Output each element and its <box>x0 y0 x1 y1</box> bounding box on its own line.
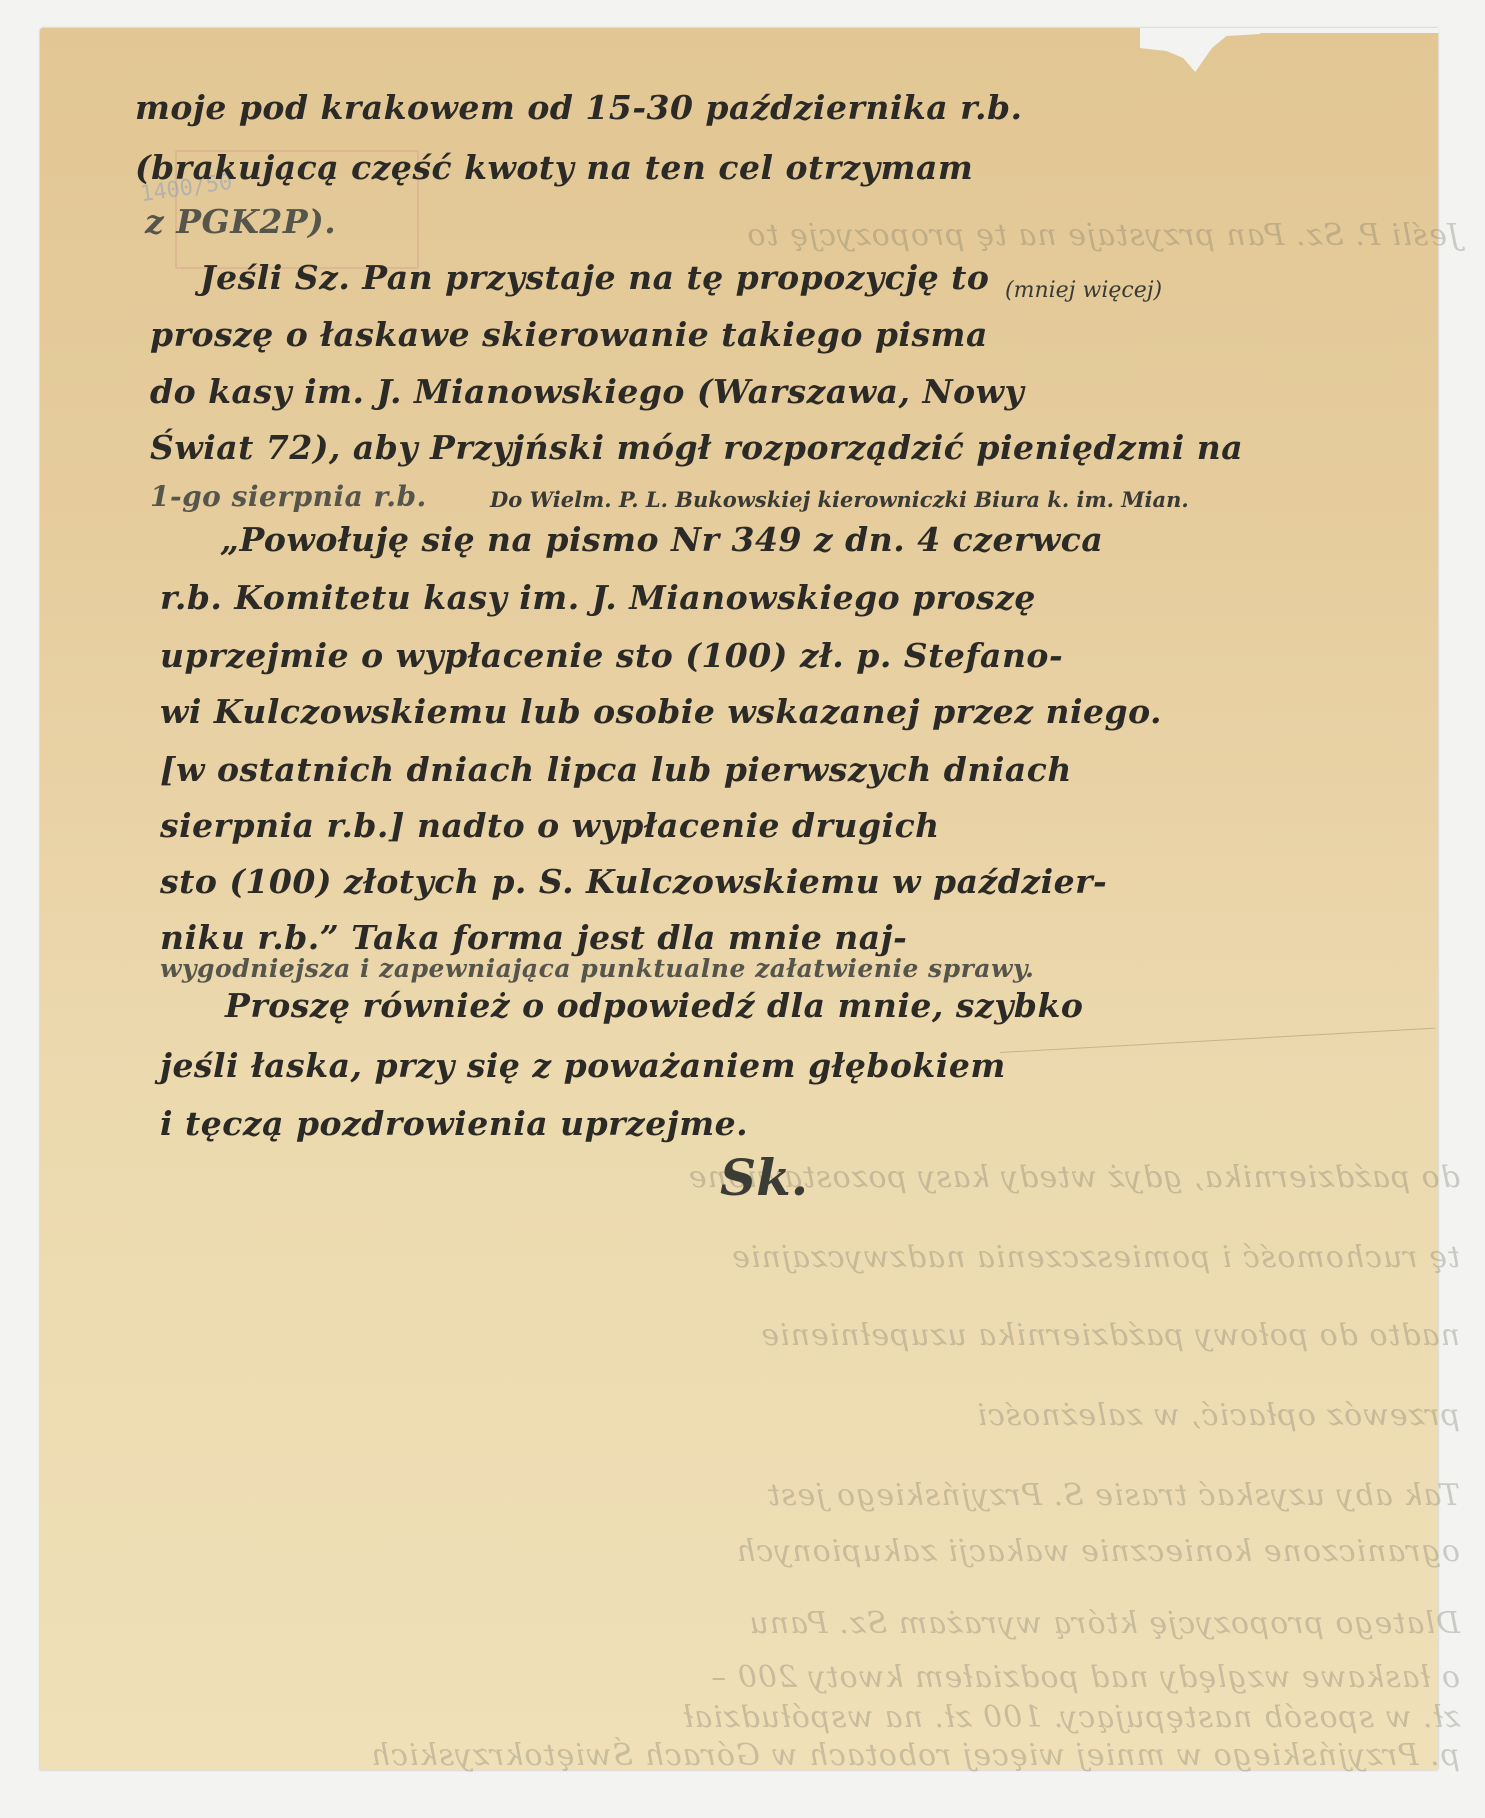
letter-line: Jeśli Sz. Pan przystaje na tę propozycję… <box>200 258 989 297</box>
letter-line: moje pod krakowem od 15-30 października … <box>135 88 1023 127</box>
letter-line: niku r.b.” Taka forma jest dla mnie naj- <box>160 918 907 957</box>
bleed-through-line: Dlatego propozycję którą wyrażam Sz. Pan… <box>120 1606 1460 1641</box>
signature: Sk. <box>720 1148 808 1207</box>
torn-edge <box>1259 28 1439 33</box>
letter-line: uprzejmie o wypłacenie sto (100) zł. p. … <box>160 636 1063 675</box>
letter-line: z PGK2P). <box>145 202 336 241</box>
bleed-through-line: przewóz opłacić, w zależności <box>120 1398 1460 1433</box>
addressee-note: Do Wielm. P. L. Bukowskiej kierowniczki … <box>490 487 1189 512</box>
bleed-through-line: nadto do połowy października uzupełnieni… <box>120 1318 1460 1353</box>
letter-line: 1-go sierpnia r.b. <box>150 480 427 513</box>
letter-line: i tęczą pozdrowienia uprzejme. <box>160 1104 748 1143</box>
letter-line: „Powołuję się na pismo Nr 349 z dn. 4 cz… <box>220 520 1103 559</box>
letter-line: (brakującą część kwoty na ten cel otrzym… <box>135 148 973 187</box>
letter-line: proszę o łaskawe skierowanie takiego pis… <box>150 315 988 354</box>
letter-line: wygodniejsza i zapewniająca punktualne z… <box>160 954 1034 983</box>
bleed-through-line: zł. w sposób następujący. 100 zł. na wsp… <box>120 1700 1460 1735</box>
letter-line: wi Kulczowskiemu lub osobie wskazanej pr… <box>160 692 1162 731</box>
letter-line: sto (100) złotych p. S. Kulczowskiemu w … <box>160 862 1107 901</box>
letter-line: sierpnia r.b.] nadto o wypłacenie drugic… <box>160 806 940 845</box>
bleed-through-line: ograniczone koniecznie wakacji zakupiony… <box>120 1534 1460 1569</box>
insertion-note: (mniej więcej) <box>1005 278 1162 303</box>
letter-line: jeśli łaska, przy się z poważaniem głębo… <box>160 1046 1006 1085</box>
bleed-through-line: Tak aby uzyskać trasie S. Przyjńskiego j… <box>120 1478 1460 1513</box>
letter-line: r.b. Komitetu kasy im. J. Mianowskiego p… <box>160 578 1036 617</box>
bleed-through-line: o łaskawe względy nad podziałem kwoty 20… <box>120 1660 1460 1695</box>
letter-line: Świat 72), aby Przyjński mógł rozporządz… <box>150 428 1243 467</box>
letter-line: [w ostatnich dniach lipca lub pierwszych… <box>160 750 1072 789</box>
letter-line: do kasy im. J. Mianowskiego (Warszawa, N… <box>150 372 1024 411</box>
scanned-document: 1400/50 Jeśli P. Sz. Pan przystaje na tę… <box>0 0 1485 1818</box>
letter-line: Proszę również o odpowiedź dla mnie, szy… <box>225 986 1083 1025</box>
bleed-through-line: p. Przyjńskiego w mniej więcej robotach … <box>120 1738 1460 1773</box>
bleed-through-line: tę ruchomość i pomieszczenia nadzwyczajn… <box>120 1240 1460 1275</box>
